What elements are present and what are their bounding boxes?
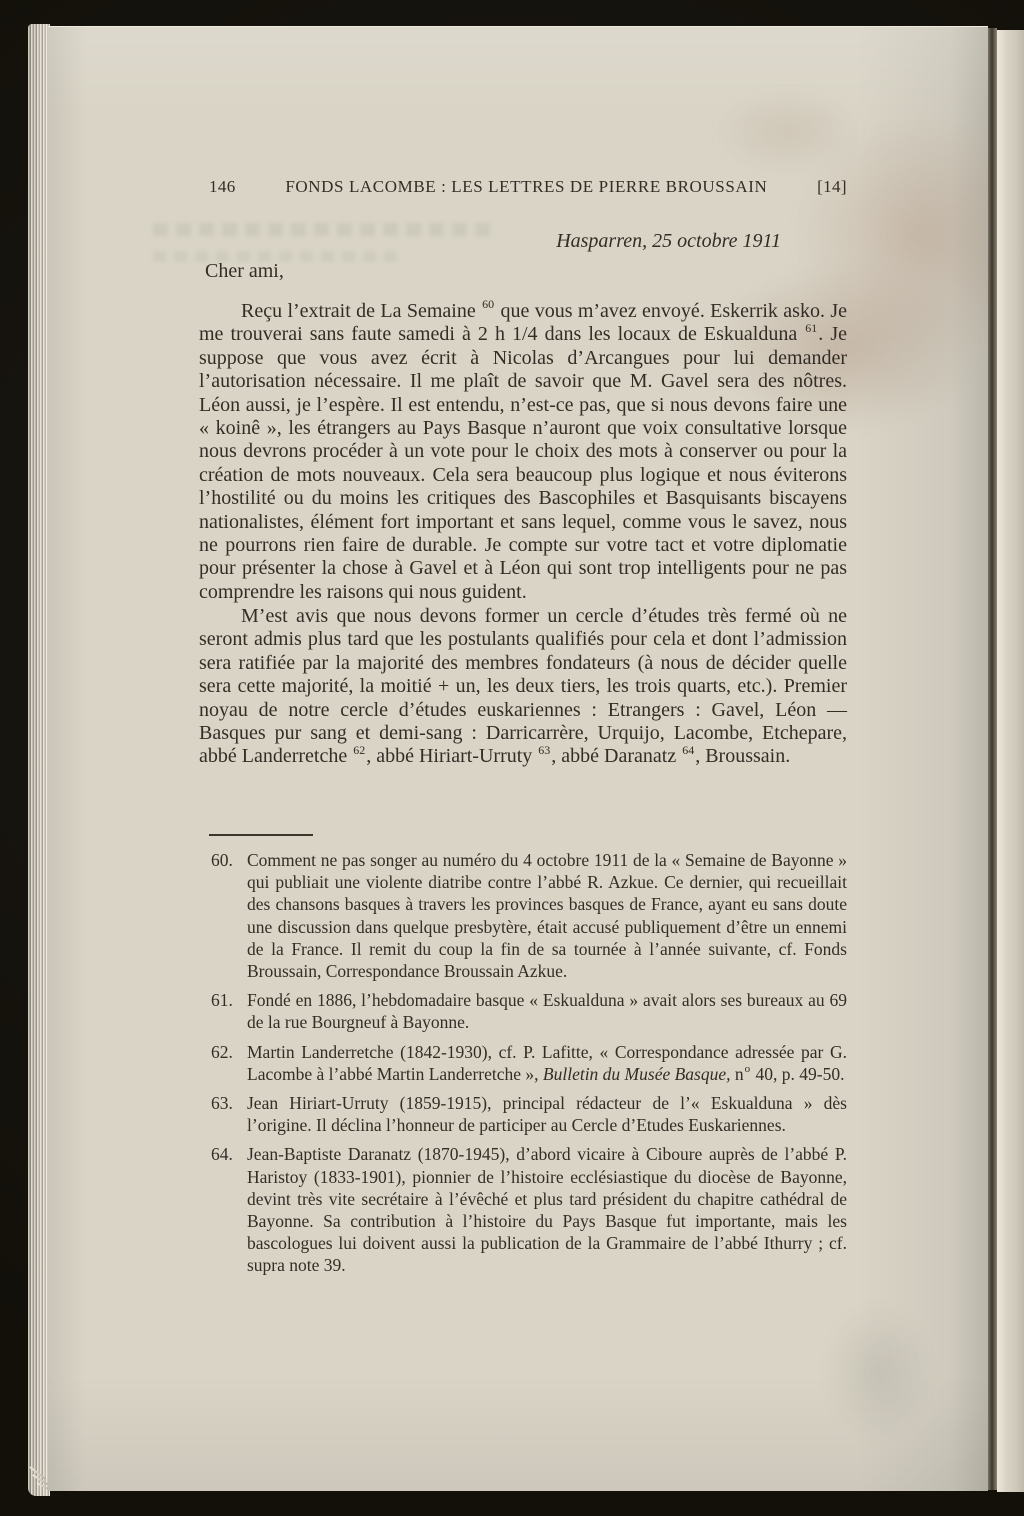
letter-dateline: Hasparren, 25 octobre 1911 <box>199 230 847 253</box>
book-gutter <box>988 28 997 1490</box>
footnote-text: Fondé en 1886, l’hebdomadaire basque « E… <box>247 990 847 1032</box>
footnote-number: 61. <box>211 989 233 1011</box>
facing-page-edge <box>997 30 1024 1492</box>
footnote-number: 62. <box>211 1041 233 1063</box>
footnote-rule <box>209 834 313 836</box>
footnote-text: Jean Hiriart-Urruty (1859-1915), princip… <box>247 1093 847 1135</box>
footnote: 63.Jean Hiriart-Urruty (1859-1915), prin… <box>199 1092 847 1136</box>
footnote-text: Martin Landerretche (1842-1930), cf. P. … <box>247 1042 847 1084</box>
book-photo: 146 FONDS LACOMBE : LES LETTRES DE PIERR… <box>0 0 1024 1516</box>
footnote-number: 60. <box>211 849 233 871</box>
letter-paragraph: Reçu l’extrait de La Semaine 60 que vous… <box>199 300 847 604</box>
stain <box>708 87 868 177</box>
footnote-text: Jean-Baptiste Daranatz (1870-1945), d’ab… <box>247 1144 847 1275</box>
stain <box>818 1297 938 1447</box>
letter-paragraph: M’est avis que nous devons former un cer… <box>199 605 847 769</box>
footnote: 64.Jean-Baptiste Daranatz (1870-1945), d… <box>199 1143 847 1276</box>
footnote: 61.Fondé en 1886, l’hebdomadaire basque … <box>199 989 847 1033</box>
page-number: 146 <box>199 177 236 197</box>
footnote-text: Comment ne pas songer au numéro du 4 oct… <box>247 850 847 981</box>
book-page: 146 FONDS LACOMBE : LES LETTRES DE PIERR… <box>48 26 988 1491</box>
running-header: 146 FONDS LACOMBE : LES LETTRES DE PIERR… <box>199 177 847 197</box>
footnote: 62.Martin Landerretche (1842-1930), cf. … <box>199 1041 847 1085</box>
running-title: FONDS LACOMBE : LES LETTRES DE PIERRE BR… <box>236 177 817 197</box>
issue-marker: [14] <box>817 177 847 197</box>
footnote: 60.Comment ne pas songer au numéro du 4 … <box>199 849 847 982</box>
letter-salutation: Cher ami, <box>205 260 284 283</box>
footnote-number: 64. <box>211 1143 233 1165</box>
footnote-number: 63. <box>211 1092 233 1114</box>
page-edge-stack <box>28 24 50 1496</box>
footnotes-list: 60.Comment ne pas songer au numéro du 4 … <box>199 849 847 1284</box>
